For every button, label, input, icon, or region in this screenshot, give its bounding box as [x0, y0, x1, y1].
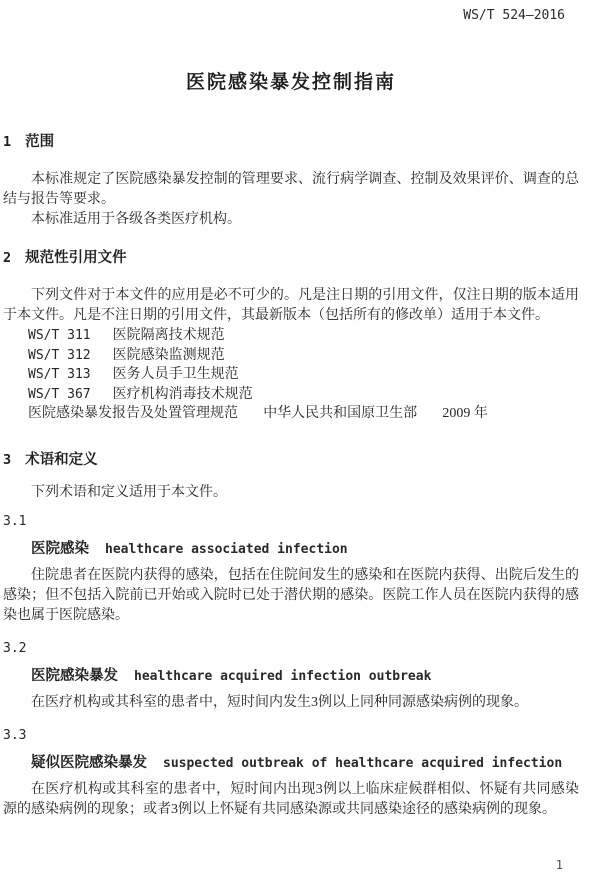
section-number: 3 [3, 450, 11, 470]
term-name-en: healthcare acquired infection outbreak [134, 669, 431, 684]
reference-code: WS/T 311 [28, 328, 91, 343]
section-title: 规范性引用文件 [25, 250, 127, 266]
term-name-zh: 医院感染 [31, 541, 89, 557]
standard-code: WS/T 524—2016 [3, 8, 579, 24]
term-number: 3.3 [3, 726, 579, 745]
section-number: 1 [3, 132, 11, 152]
reference-title: 医院隔离技术规范 [113, 328, 225, 343]
reference-item: WS/T 311医院隔离技术规范 [3, 326, 579, 346]
reference-list: WS/T 311医院隔离技术规范 WS/T 312医院感染监测规范 WS/T 3… [3, 326, 579, 424]
reference-title: 医院感染暴发报告及处置管理规范 [28, 406, 238, 421]
section-title: 术语和定义 [25, 452, 98, 468]
term-definition: 在医疗机构或其科室的患者中，短时间内发生3例以上同种同源感染病例的现象。 [3, 693, 579, 713]
document-title: 医院感染暴发控制指南 [3, 70, 579, 96]
term-number: 3.2 [3, 639, 579, 658]
term-name-en: healthcare associated infection [105, 542, 348, 557]
section-title: 范围 [25, 134, 54, 150]
section-heading-terms: 3术语和定义 [3, 450, 579, 470]
page-number: 1 [556, 858, 563, 872]
scope-paragraph-2: 本标准适用于各级各类医疗机构。 [3, 210, 579, 230]
term-name-zh: 疑似医院感染暴发 [31, 755, 147, 771]
term-definition: 在医疗机构或其科室的患者中，短时间内出现3例以上临床症候群相似、怀疑有共同感染源… [3, 780, 579, 820]
reference-title: 医疗机构消毒技术规范 [113, 387, 253, 402]
reference-title: 医务人员手卫生规范 [113, 367, 239, 382]
reference-year: 2009 年 [442, 406, 488, 421]
section-number: 2 [3, 248, 11, 268]
reference-code: WS/T 367 [28, 387, 91, 402]
references-intro: 下列文件对于本文件的应用是必不可少的。凡是注日期的引用文件，仅注日期的版本适用于… [3, 286, 579, 326]
scope-paragraph-1: 本标准规定了医院感染暴发控制的管理要求、流行病学调查、控制及效果评价、调查的总结… [3, 170, 579, 210]
term-title-line: 医院感染暴发healthcare acquired infection outb… [3, 667, 579, 686]
reference-item: WS/T 313医务人员手卫生规范 [3, 365, 579, 385]
terms-intro: 下列术语和定义适用于本文件。 [3, 483, 579, 503]
reference-item: WS/T 312医院感染监测规范 [3, 346, 579, 366]
term-title-line: 疑似医院感染暴发suspected outbreak of healthcare… [3, 754, 579, 773]
term-number: 3.1 [3, 512, 579, 531]
reference-item: 医院感染暴发报告及处置管理规范中华人民共和国原卫生部2009 年 [3, 404, 579, 424]
reference-issuer: 中华人民共和国原卫生部 [263, 406, 417, 421]
term-definition: 住院患者在医院内获得的感染，包括在住院间发生的感染和在医院内获得、出院后发生的感… [3, 566, 579, 626]
reference-code: WS/T 313 [28, 367, 91, 382]
reference-code: WS/T 312 [28, 348, 91, 363]
section-heading-references: 2规范性引用文件 [3, 248, 579, 268]
term-title-line: 医院感染healthcare associated infection [3, 540, 579, 559]
reference-item: WS/T 367医疗机构消毒技术规范 [3, 385, 579, 405]
term-name-zh: 医院感染暴发 [31, 668, 118, 684]
reference-title: 医院感染监测规范 [113, 348, 225, 363]
document-page: WS/T 524—2016 医院感染暴发控制指南 1范围 本标准规定了医院感染暴… [0, 0, 591, 880]
term-name-en: suspected outbreak of healthcare acquire… [163, 756, 562, 771]
section-heading-scope: 1范围 [3, 132, 579, 152]
